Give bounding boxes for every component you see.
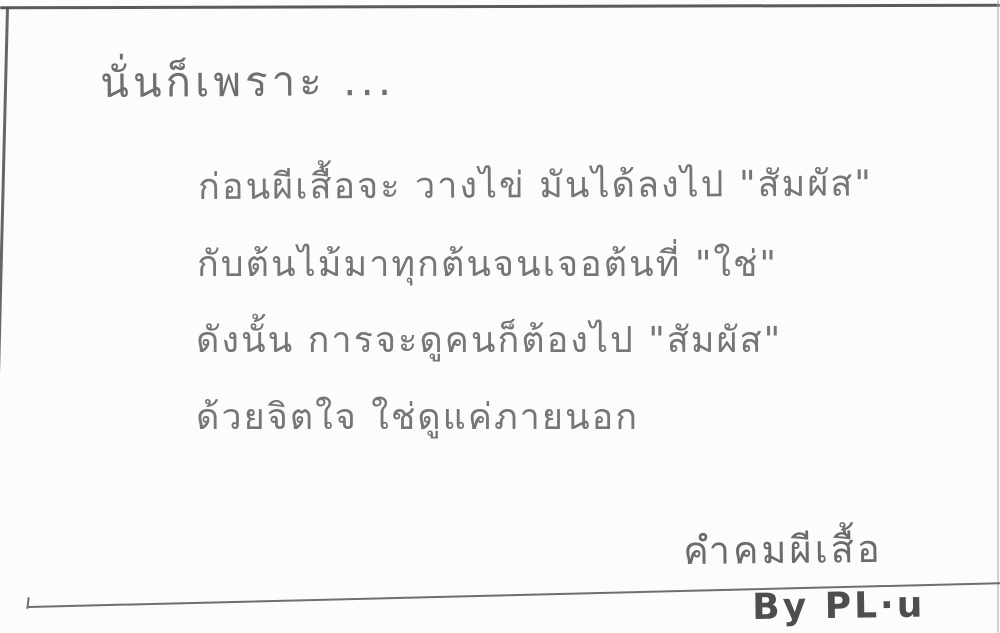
note-body-line-2: กับต้นไม้มาทุกต้นจนเจอต้นที่ "ใช่" [197,247,778,283]
signature-text: คำคมผีเสื้อ [683,530,883,570]
note-heading: นั่นก็เพราะ ... [100,60,395,104]
handwritten-note-paper: นั่นก็เพราะ ... ก่อนผีเสื้อจะ วางไข่ มัน… [0,0,1000,633]
right-edge-line [997,0,999,633]
top-border-line [0,4,1000,9]
left-border-line [0,7,8,601]
note-body-line-4: ด้วยจิตใจ ใช่ดูแค่ภายนอก [196,400,639,436]
note-body-line-1: ก่อนผีเสื้อจะ วางไข่ มันได้ลงไป "สัมผัส" [198,166,873,206]
note-body-line-3: ดังนั้น การจะดูคนก็ต้องไป "สัมผัส" [196,323,782,359]
byline-text: By PL·u [752,588,926,626]
